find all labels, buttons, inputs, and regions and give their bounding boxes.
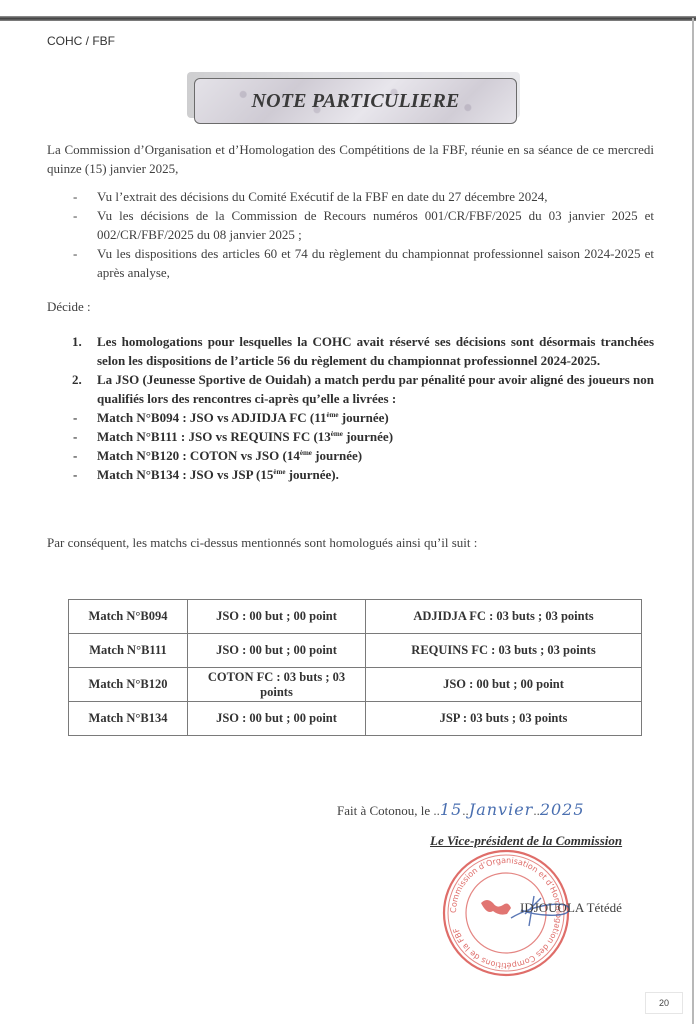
handwritten-month: Janvier	[469, 800, 534, 819]
dash-bullet-icon: -	[73, 206, 77, 225]
decision-item: 1.Les homologations pour lesquelles la C…	[0, 332, 696, 370]
document-title: NOTE PARTICULIERE	[251, 90, 459, 113]
team-b-result-cell: JSP : 03 buts ; 03 points	[366, 702, 642, 736]
signatory-role: Le Vice-président de la Commission	[430, 833, 622, 849]
decision-number: 1.	[72, 332, 82, 351]
dash-bullet-icon: -	[73, 187, 77, 206]
match-item: -Match N°B111 : JSO vs REQUINS FC (13ème…	[0, 427, 696, 446]
conclusion-paragraph: Par conséquent, les matchs ci-dessus men…	[47, 533, 477, 552]
top-border-rule	[0, 16, 696, 21]
team-b-result-cell: JSO : 00 but ; 00 point	[366, 668, 642, 702]
intro-paragraph: La Commission d’Organisation et d’Homolo…	[47, 140, 654, 178]
team-a-result-cell: COTON FC : 03 buts ; 03 points	[188, 668, 366, 702]
considerant-item: -Vu les décisions de la Commission de Re…	[0, 206, 696, 244]
match-id-cell: Match N°B094	[69, 600, 188, 634]
team-b-result-cell: REQUINS FC : 03 buts ; 03 points	[366, 634, 642, 668]
decide-label: Décide :	[47, 297, 91, 316]
considerant-item: -Vu l’extrait des décisions du Comité Ex…	[0, 187, 696, 206]
homologation-table: Match N°B094 JSO : 00 but ; 00 point ADJ…	[68, 599, 642, 736]
table-row: Match N°B134 JSO : 00 but ; 00 point JSP…	[69, 702, 642, 736]
signatory-name: IDJOUOLA Tétédé	[520, 900, 622, 916]
match-item: -Match N°B094 : JSO vs ADJIDJA FC (11ème…	[0, 408, 696, 427]
decision-text: Les homologations pour lesquelles la COH…	[97, 334, 654, 368]
team-a-result-cell: JSO : 00 but ; 00 point	[188, 634, 366, 668]
table-row: Match N°B094 JSO : 00 but ; 00 point ADJ…	[69, 600, 642, 634]
decision-number: 2.	[72, 370, 82, 389]
handwritten-day: 15	[440, 800, 462, 819]
document-reference: COHC / FBF	[47, 34, 115, 48]
title-banner: NOTE PARTICULIERE	[194, 78, 517, 124]
match-id-cell: Match N°B134	[69, 702, 188, 736]
dash-bullet-icon: -	[73, 244, 77, 263]
team-b-result-cell: ADJIDJA FC : 03 buts ; 03 points	[366, 600, 642, 634]
handwritten-year: 2025	[540, 800, 585, 819]
table-row: Match N°B111 JSO : 00 but ; 00 point REQ…	[69, 634, 642, 668]
right-border-rule	[692, 18, 694, 1024]
dash-bullet-icon: -	[73, 408, 77, 427]
place-and-date: Fait à Cotonou, le ..15..Janvier..2025	[337, 800, 585, 819]
decisions-list: 1.Les homologations pour lesquelles la C…	[0, 332, 696, 484]
team-a-result-cell: JSO : 00 but ; 00 point	[188, 702, 366, 736]
dash-bullet-icon: -	[73, 427, 77, 446]
match-id-cell: Match N°B111	[69, 634, 188, 668]
match-id-cell: Match N°B120	[69, 668, 188, 702]
team-a-result-cell: JSO : 00 but ; 00 point	[188, 600, 366, 634]
decision-text: La JSO (Jeunesse Sportive de Ouidah) a m…	[97, 372, 654, 406]
page-number: 20	[645, 992, 683, 1014]
dash-bullet-icon: -	[73, 446, 77, 465]
considerants-list: -Vu l’extrait des décisions du Comité Ex…	[0, 187, 696, 282]
considerant-item: -Vu les dispositions des articles 60 et …	[0, 244, 696, 282]
dash-bullet-icon: -	[73, 465, 77, 484]
table-row: Match N°B120 COTON FC : 03 buts ; 03 poi…	[69, 668, 642, 702]
match-item: -Match N°B134 : JSO vs JSP (15ème journé…	[0, 465, 696, 484]
match-item: -Match N°B120 : COTON vs JSO (14ème jour…	[0, 446, 696, 465]
decision-item: 2.La JSO (Jeunesse Sportive de Ouidah) a…	[0, 370, 696, 408]
